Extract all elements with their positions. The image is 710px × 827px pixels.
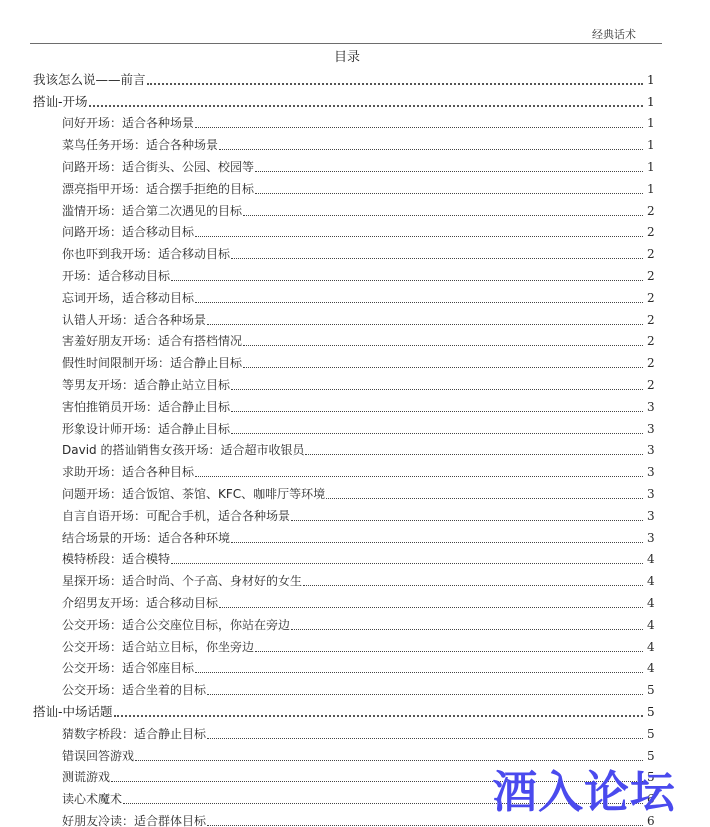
toc-page-number: 2	[647, 377, 659, 393]
toc-page-number: 3	[647, 486, 659, 502]
toc-page-number: 1	[647, 94, 659, 110]
dot-leader	[195, 475, 643, 477]
toc-entry-section[interactable]: 害羞好朋友开场：适合有搭档情况2	[0, 328, 710, 350]
toc-entry-label[interactable]: 测谎游戏	[62, 769, 111, 785]
toc-entry-label[interactable]: 开场：适合移动目标	[62, 268, 171, 284]
dot-leader	[291, 519, 643, 521]
toc-entry-section[interactable]: 忘词开场，适合移动目标2	[0, 284, 710, 306]
toc-entry-label[interactable]: 自言自语开场：可配合手机，适合各种场景	[62, 508, 291, 524]
toc-page-number: 1	[647, 159, 659, 175]
running-title: 经典话术	[592, 26, 636, 42]
dot-leader	[243, 366, 643, 368]
toc-entry-label[interactable]: 假性时间限制开场：适合静止目标	[62, 355, 243, 371]
toc-page-number: 4	[647, 573, 659, 589]
toc-entry-section[interactable]: 你也吓到我开场：适合移动目标2	[0, 240, 710, 262]
toc-entry-section[interactable]: 公交开场：适合公交座位目标，你站在旁边4	[0, 611, 710, 633]
dot-leader	[219, 148, 643, 150]
toc-page-number: 1	[647, 181, 659, 197]
toc-entry-section[interactable]: 测谎游戏5	[0, 764, 710, 786]
toc-entry-label[interactable]: 认错人开场：适合各种场景	[62, 312, 207, 328]
dot-leader	[255, 650, 643, 652]
dot-leader	[243, 214, 643, 216]
toc-entry-label[interactable]: 害怕推销员开场：适合静止目标	[62, 399, 231, 415]
toc-entry-section[interactable]: 漂亮指甲开场：适合摆手拒绝的目标1	[0, 175, 710, 197]
toc-page-number: 5	[647, 748, 659, 764]
toc-entry-section[interactable]: 问题开场：适合饭馆、茶馆、KFC、咖啡厅等环境3	[0, 480, 710, 502]
toc-page-number: 2	[647, 203, 659, 219]
dot-leader	[207, 737, 643, 739]
toc-page-number: 2	[647, 246, 659, 262]
toc-entry-section[interactable]: 问好开场：适合各种场景1	[0, 110, 710, 132]
dot-leader	[219, 606, 643, 608]
toc-entry-label[interactable]: 我该怎么说——前言	[33, 72, 147, 88]
toc-entry-label[interactable]: 问路开场：适合移动目标	[62, 224, 195, 240]
toc-entry-section[interactable]: 求助开场：适合各种目标3	[0, 458, 710, 480]
toc-entry-section[interactable]: 公交开场：适合站立目标，你坐旁边4	[0, 633, 710, 655]
toc-entry-label[interactable]: 公交开场：适合站立目标，你坐旁边	[62, 639, 255, 655]
dot-leader	[255, 170, 643, 172]
toc-page-number: 3	[647, 399, 659, 415]
toc-page-number: 1	[647, 115, 659, 131]
toc-entry-label[interactable]: 猜数字桥段：适合静止目标	[62, 726, 207, 742]
toc-entry-label[interactable]: 问路开场：适合街头、公园、校园等	[62, 159, 255, 175]
toc-entry-section[interactable]: 问路开场：适合街头、公园、校园等1	[0, 153, 710, 175]
toc-page-number: 4	[647, 551, 659, 567]
dot-leader	[291, 628, 643, 630]
toc-entry-section[interactable]: 错误回答游戏5	[0, 742, 710, 764]
toc-page-number: 3	[647, 530, 659, 546]
toc-page-number: 2	[647, 333, 659, 349]
toc-page-number: 4	[647, 660, 659, 676]
dot-leader	[231, 388, 643, 390]
dot-leader	[305, 453, 643, 455]
toc-entry-label[interactable]: 介绍男友开场：适合移动目标	[62, 595, 219, 611]
table-of-contents: 我该怎么说——前言1搭讪-开场1问好开场：适合各种场景1菜鸟任务开场：适合各种场…	[0, 66, 710, 827]
dot-leader	[231, 541, 643, 543]
dot-leader	[195, 671, 643, 673]
toc-page-number: 5	[647, 726, 659, 742]
toc-entry-label[interactable]: 忘词开场，适合移动目标	[62, 290, 195, 306]
dot-leader	[171, 279, 643, 281]
toc-page-number: 3	[647, 421, 659, 437]
toc-entry-section[interactable]: 公交开场：适合坐着的目标5	[0, 676, 710, 698]
toc-entry-section[interactable]: 猜数字桥段：适合静止目标5	[0, 720, 710, 742]
toc-page-number: 4	[647, 639, 659, 655]
dot-leader	[207, 323, 643, 325]
toc-entry-chapter[interactable]: 搭讪-中场话题5	[0, 698, 710, 720]
toc-entry-section[interactable]: 认错人开场：适合各种场景2	[0, 306, 710, 328]
toc-page-number: 2	[647, 312, 659, 328]
toc-entry-section[interactable]: 自言自语开场：可配合手机，适合各种场景3	[0, 502, 710, 524]
dot-leader	[231, 410, 643, 412]
toc-entry-label[interactable]: 等男友开场：适合静止站立目标	[62, 377, 231, 393]
dot-leader	[147, 82, 643, 85]
toc-page-number: 1	[647, 137, 659, 153]
dot-leader	[326, 497, 643, 499]
dot-leader	[207, 824, 643, 826]
dot-leader	[89, 104, 643, 107]
toc-page-number: 5	[647, 769, 659, 785]
toc-entry-label[interactable]: 公交开场：适合坐着的目标	[62, 682, 207, 698]
toc-entry-label[interactable]: 问好开场：适合各种场景	[62, 115, 195, 131]
toc-entry-label[interactable]: 你也吓到我开场：适合移动目标	[62, 246, 231, 262]
dot-leader	[123, 802, 643, 804]
toc-entry-section[interactable]: 假性时间限制开场：适合静止目标2	[0, 349, 710, 371]
dot-leader	[207, 693, 643, 695]
toc-entry-label[interactable]: 模特桥段：适合模特	[62, 551, 171, 567]
toc-page-number: 3	[647, 464, 659, 480]
toc-entry-section[interactable]: 滥情开场：适合第二次遇见的目标2	[0, 197, 710, 219]
toc-page-number: 5	[647, 704, 659, 720]
dot-leader	[303, 584, 643, 586]
dot-leader	[195, 301, 643, 303]
toc-entry-label[interactable]: 漂亮指甲开场：适合摆手拒绝的目标	[62, 181, 255, 197]
dot-leader	[195, 126, 643, 128]
toc-entry-section[interactable]: 问路开场：适合移动目标2	[0, 219, 710, 241]
toc-page-number: 3	[647, 442, 659, 458]
dot-leader	[231, 432, 643, 434]
dot-leader	[171, 562, 643, 564]
dot-leader	[231, 257, 643, 259]
toc-entry-label[interactable]: 公交开场：适合邻座目标	[62, 660, 195, 676]
toc-entry-chapter[interactable]: 搭讪-开场1	[0, 88, 710, 110]
toc-entry-section[interactable]: 形象设计师开场：适合静止目标3	[0, 415, 710, 437]
toc-page-number: 1	[647, 72, 659, 88]
toc-entry-label[interactable]: 滥情开场：适合第二次遇见的目标	[62, 203, 243, 219]
toc-entry-label[interactable]: 问题开场：适合饭馆、茶馆、KFC、咖啡厅等环境	[62, 486, 326, 502]
toc-entry-section[interactable]: David 的搭讪销售女孩开场：适合超市收银员3	[0, 437, 710, 459]
toc-entry-section[interactable]: 等男友开场：适合静止站立目标2	[0, 371, 710, 393]
dot-leader	[255, 192, 643, 194]
toc-entry-label[interactable]: 公交开场：适合公交座位目标，你站在旁边	[62, 617, 291, 633]
toc-entry-section[interactable]: 结合场景的开场：适合各种环境3	[0, 524, 710, 546]
page-header: 经典话术	[30, 24, 662, 44]
toc-entry-label[interactable]: David 的搭讪销售女孩开场：适合超市收银员	[62, 442, 305, 458]
toc-entry-label[interactable]: 形象设计师开场：适合静止目标	[62, 421, 231, 437]
toc-page-number: 4	[647, 617, 659, 633]
dot-leader	[195, 235, 643, 237]
toc-page-number: 3	[647, 508, 659, 524]
toc-page-number: 5	[647, 682, 659, 698]
toc-entry-label[interactable]: 搭讪-中场话题	[33, 704, 114, 720]
dot-leader	[111, 780, 643, 782]
toc-entry-section[interactable]: 菜鸟任务开场：适合各种场景1	[0, 131, 710, 153]
toc-entry-label[interactable]: 菜鸟任务开场：适合各种场景	[62, 137, 219, 153]
toc-entry-section[interactable]: 害怕推销员开场：适合静止目标3	[0, 393, 710, 415]
toc-page-number: 6	[647, 813, 659, 827]
toc-page-number: 2	[647, 290, 659, 306]
toc-page-number: 2	[647, 224, 659, 240]
toc-entry-label[interactable]: 求助开场：适合各种目标	[62, 464, 195, 480]
dot-leader	[243, 344, 643, 346]
toc-entry-label[interactable]: 结合场景的开场：适合各种环境	[62, 530, 231, 546]
toc-title: 目录	[0, 46, 694, 65]
dot-leader	[114, 714, 643, 717]
toc-entry-section[interactable]: 介绍男友开场：适合移动目标4	[0, 589, 710, 611]
toc-page-number: 4	[647, 595, 659, 611]
toc-entry-label[interactable]: 星探开场：适合时尚、个子高、身材好的女生	[62, 573, 303, 589]
toc-entry-label[interactable]: 错误回答游戏	[62, 748, 135, 764]
toc-entry-section[interactable]: 星探开场：适合时尚、个子高、身材好的女生4	[0, 567, 710, 589]
toc-entry-section[interactable]: 公交开场：适合邻座目标4	[0, 655, 710, 677]
toc-page-number: 2	[647, 268, 659, 284]
toc-entry-section[interactable]: 读心术魔术6	[0, 785, 710, 807]
toc-entry-section[interactable]: 好朋友冷读：适合群体目标6	[0, 807, 710, 827]
toc-page-number: 6	[647, 791, 659, 807]
toc-entry-section[interactable]: 开场：适合移动目标2	[0, 262, 710, 284]
toc-entry-label[interactable]: 读心术魔术	[62, 791, 123, 807]
toc-entry-label[interactable]: 害羞好朋友开场：适合有搭档情况	[62, 333, 243, 349]
toc-entry-chapter[interactable]: 我该怎么说——前言1	[0, 66, 710, 88]
toc-entry-section[interactable]: 模特桥段：适合模特4	[0, 546, 710, 568]
toc-page-number: 2	[647, 355, 659, 371]
toc-entry-label[interactable]: 搭讪-开场	[33, 94, 89, 110]
dot-leader	[135, 759, 643, 761]
toc-entry-label[interactable]: 好朋友冷读：适合群体目标	[62, 813, 207, 827]
